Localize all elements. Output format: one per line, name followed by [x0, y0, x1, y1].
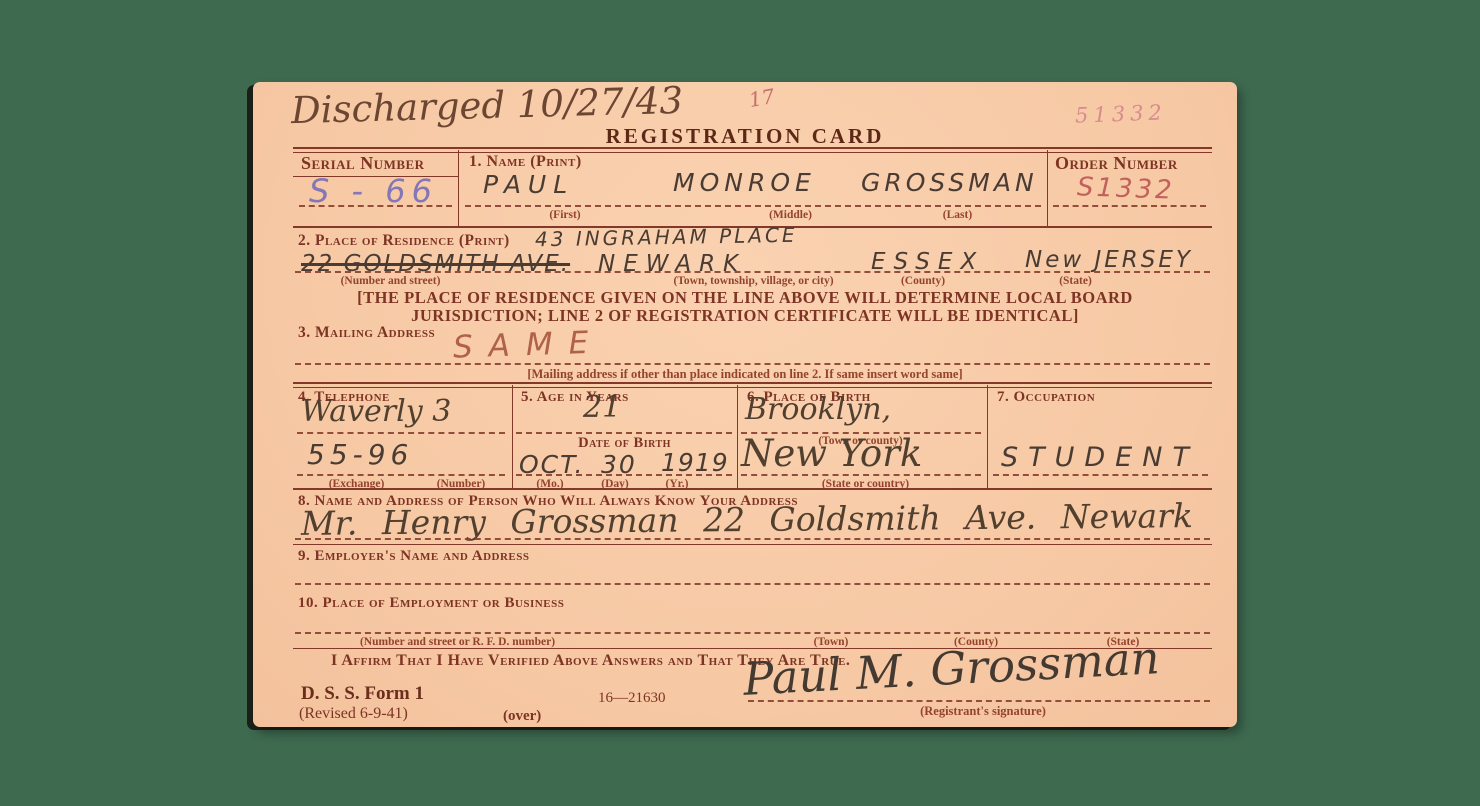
- divider-serial-name: [458, 150, 459, 226]
- order-number-label: Order Number: [1055, 153, 1178, 174]
- mailing-label: 3. Mailing Address: [298, 324, 435, 342]
- registration-card: Discharged 10/27/43 17 51332 REGISTRATIO…: [253, 82, 1237, 727]
- age-dotted-line2: [516, 474, 732, 476]
- order-number-value: S1332: [1077, 172, 1176, 205]
- employment-dotted-line: [295, 632, 1210, 634]
- middle-caption: (Middle): [753, 209, 828, 221]
- serial-dotted-line: [299, 205, 452, 207]
- employer-dotted-line: [295, 583, 1210, 585]
- residence-label: 2. Place of Residence (Print): [298, 232, 510, 250]
- name-middle-value: MONROE: [673, 168, 816, 197]
- town-caption: (Town, township, village, or city): [636, 275, 871, 287]
- rule-under-contact: [293, 544, 1212, 545]
- over-note: (over): [503, 708, 541, 725]
- scan-background: Discharged 10/27/43 17 51332 REGISTRATIO…: [0, 0, 1480, 806]
- birth-dotted-line2: [741, 474, 981, 476]
- card-title: REGISTRATION CARD: [253, 124, 1237, 149]
- occupation-label: 7. Occupation: [997, 389, 1095, 406]
- form-revised: (Revised 6-9-41): [299, 705, 408, 723]
- state-caption: (State): [1028, 275, 1123, 287]
- birth-town-value: Brooklyn,: [745, 392, 891, 427]
- employment-street-caption: (Number and street or R. F. D. number): [345, 636, 570, 648]
- name-label: 1. Name (Print): [469, 153, 582, 171]
- residence-state-value: New JERSEY: [1025, 247, 1193, 273]
- birth-state-value: New York: [741, 432, 922, 475]
- employer-label: 9. Employer's Name and Address: [298, 548, 530, 565]
- divider-birth-occ: [987, 385, 988, 488]
- rule-under-row4: [293, 488, 1212, 490]
- street-caption: (Number and street): [308, 275, 473, 287]
- last-caption: (Last): [925, 209, 990, 221]
- telephone-dotted-line1: [297, 432, 505, 434]
- occupation-value: STUDENT: [1001, 442, 1199, 473]
- first-caption: (First): [535, 209, 595, 221]
- residence-town-value: NEWARK: [598, 251, 746, 277]
- divider-name-order: [1047, 150, 1048, 226]
- signature-dotted-line: [748, 700, 1210, 702]
- residence-line1-value: 43 INGRAHAM PLACE: [535, 223, 798, 252]
- serial-number-label: Serial Number: [301, 153, 425, 174]
- dob-year-value: 1919: [661, 448, 729, 477]
- mailing-caption: [Mailing address if other than place ind…: [253, 367, 1237, 382]
- name-last-value: GROSSMAN: [861, 168, 1038, 197]
- order-dotted-line: [1053, 205, 1206, 207]
- telephone-number-value: 55-96: [307, 438, 413, 471]
- contact-value: Mr. Henry Grossman 22 Goldsmith Ave. New…: [301, 496, 1193, 543]
- employment-label: 10. Place of Employment or Business: [298, 595, 564, 612]
- name-first-value: PAUL: [483, 170, 574, 199]
- print-code: 16—21630: [598, 690, 666, 707]
- name-dotted-line: [465, 205, 1041, 207]
- residence-notice-line1: [THE PLACE OF RESIDENCE GIVEN ON THE LIN…: [253, 288, 1237, 308]
- occupation-dotted-line: [993, 474, 1208, 476]
- red-number-annotation: 17: [747, 84, 776, 112]
- age-dotted-line1: [516, 432, 732, 434]
- divider-age-birth: [737, 385, 738, 488]
- mailing-dotted-line: [295, 363, 1210, 365]
- age-value: 21: [583, 390, 621, 425]
- mailing-value: SAME: [452, 324, 604, 365]
- residence-struck-value: 22 GOLDSMITH AVE.: [301, 251, 570, 277]
- rule-under-mailing: [293, 382, 1212, 388]
- county-caption: (County): [873, 275, 973, 287]
- residence-dotted-line: [295, 271, 1210, 273]
- residence-notice-line2: JURISDICTION; LINE 2 OF REGISTRATION CER…: [253, 306, 1237, 326]
- form-number: D. S. S. Form 1: [301, 683, 424, 705]
- telephone-dotted-line2: [297, 474, 505, 476]
- telephone-exchange-value: Waverly 3: [301, 394, 451, 429]
- contact-dotted-line: [295, 538, 1210, 540]
- signature-caption: (Registrant's signature): [873, 704, 1093, 719]
